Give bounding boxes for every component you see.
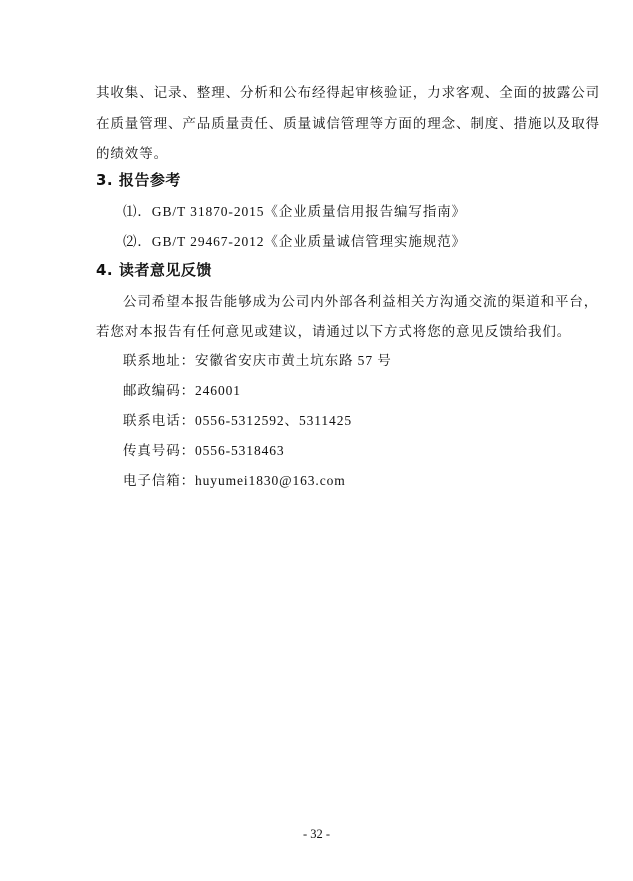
contact-fax: 传真号码：0556-5318463 <box>123 442 285 460</box>
body-text-line: 公司希望本报告能够成为公司内外部各利益相关方沟通交流的渠道和平台， <box>123 293 598 311</box>
page-number: - 32 - <box>0 826 633 842</box>
contact-label: 邮政编码： <box>123 383 195 398</box>
reference-item: ⑵．GB/T 29467-2012《企业质量诚信管理实施规范》 <box>123 233 466 251</box>
document-page: 其收集、记录、整理、分析和公布经得起审核验证，力求客观、全面的披露公司 在质量管… <box>0 0 633 881</box>
section-heading-references: 3. 报告参考 <box>96 170 181 190</box>
contact-value: 0556-5318463 <box>195 443 285 458</box>
contact-value: 246001 <box>195 383 241 398</box>
body-text-line: 在质量管理、产品质量责任、质量诚信管理等方面的理念、制度、措施以及取得 <box>96 115 600 133</box>
contact-phone: 联系电话：0556-5312592、5311425 <box>123 412 352 430</box>
contact-value: 安徽省安庆市黄土坑东路 57 号 <box>195 353 392 368</box>
contact-label: 传真号码： <box>123 443 195 458</box>
contact-label: 联系地址： <box>123 353 195 368</box>
body-text-line: 的绩效等。 <box>96 145 168 163</box>
body-text-line: 若您对本报告有任何意见或建议，请通过以下方式将您的意见反馈给我们。 <box>96 323 571 341</box>
contact-label: 电子信箱： <box>123 473 195 488</box>
contact-value: 0556-5312592、5311425 <box>195 413 352 428</box>
contact-email: 电子信箱：huyumei1830@163.com <box>123 472 346 490</box>
body-text-line: 其收集、记录、整理、分析和公布经得起审核验证，力求客观、全面的披露公司 <box>96 84 600 102</box>
contact-address: 联系地址：安徽省安庆市黄土坑东路 57 号 <box>123 352 392 370</box>
contact-postcode: 邮政编码：246001 <box>123 382 241 400</box>
section-heading-feedback: 4. 读者意见反馈 <box>96 260 212 280</box>
reference-item: ⑴．GB/T 31870-2015《企业质量信用报告编写指南》 <box>123 203 466 221</box>
contact-label: 联系电话： <box>123 413 195 428</box>
contact-value: huyumei1830@163.com <box>195 473 346 488</box>
